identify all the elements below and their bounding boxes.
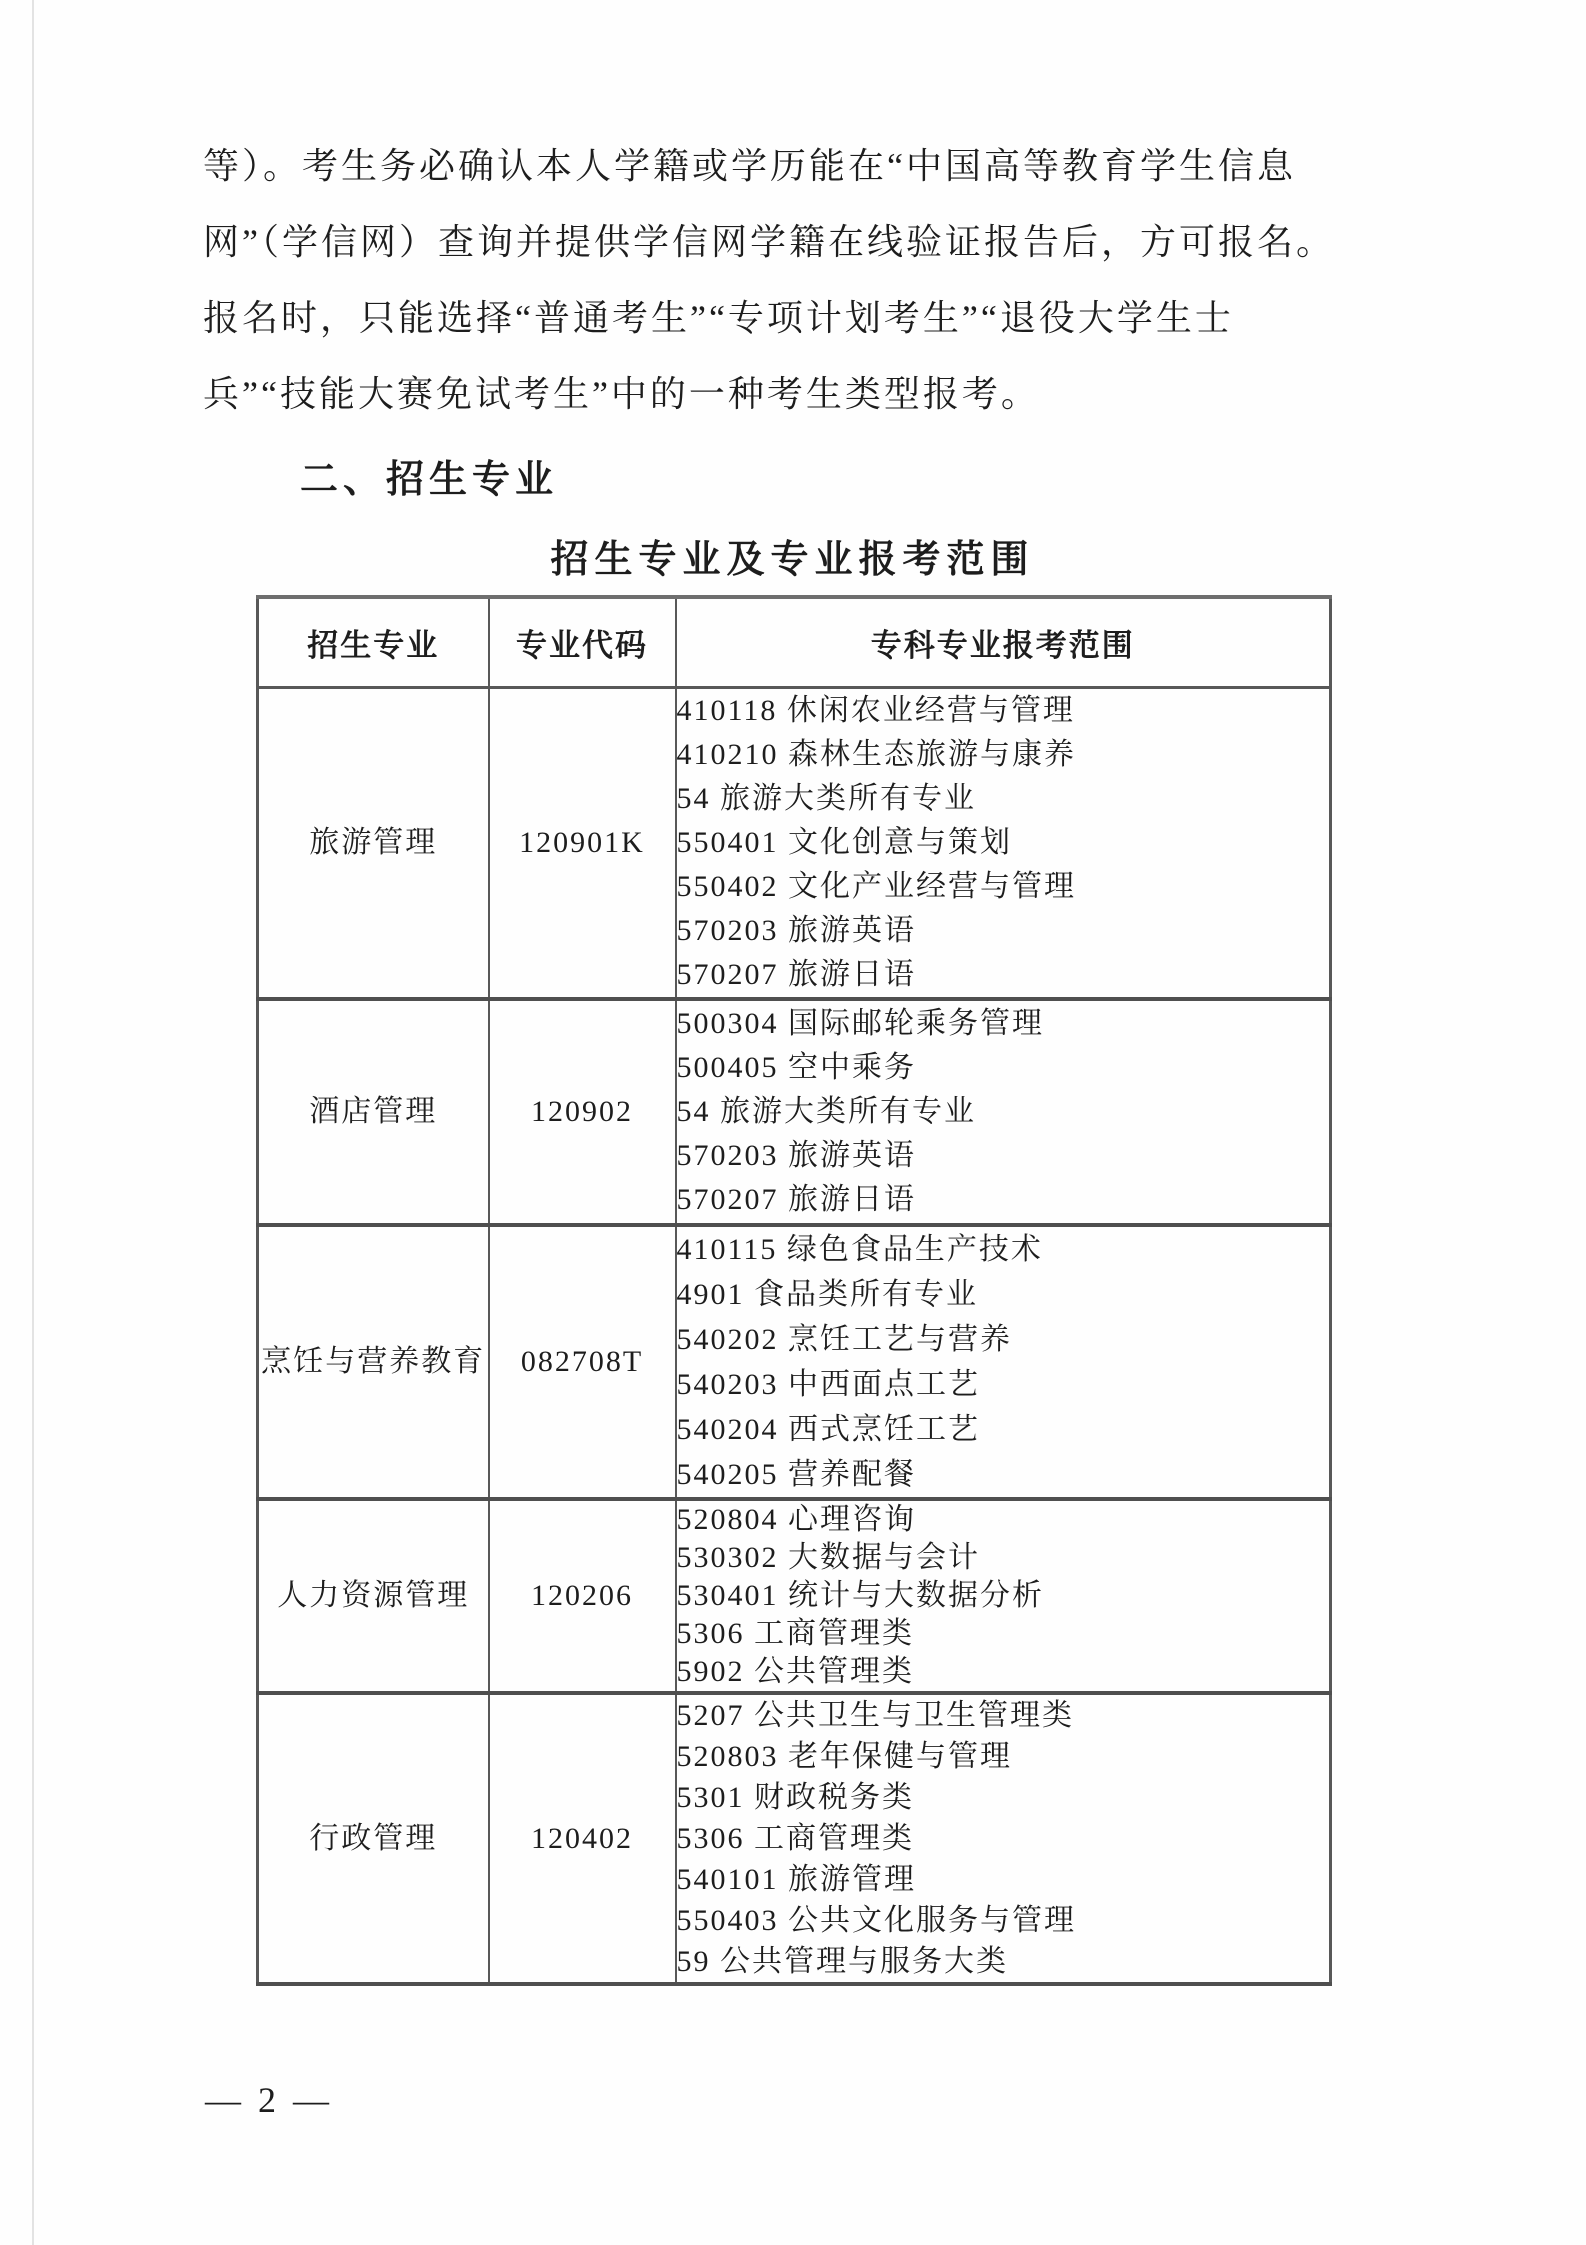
code-cell: 082708T [489, 1225, 676, 1499]
majors-table: 招生专业 专业代码 专科专业报考范围 旅游管理 120901K 410118 休… [256, 595, 1332, 1986]
scope-line: 540203 中西面点工艺 [677, 1362, 1330, 1407]
scope-cell: 410115 绿色食品生产技术4901 食品类所有专业540202 烹饪工艺与营… [676, 1225, 1331, 1499]
scope-line: 5207 公共卫生与卫生管理类 [677, 1695, 1330, 1736]
major-cell: 人力资源管理 [258, 1499, 489, 1693]
scope-line: 54 旅游大类所有专业 [677, 777, 1330, 821]
header-cell-scope: 专科专业报考范围 [676, 597, 1331, 688]
scope-line: 410210 森林生态旅游与康养 [677, 733, 1330, 777]
scope-line: 520803 老年保健与管理 [677, 1736, 1330, 1777]
table-row: 人力资源管理 120206 520804 心理咨询530302 大数据与会计53… [258, 1499, 1331, 1693]
scope-line: 550403 公共文化服务与管理 [677, 1900, 1330, 1941]
header-cell-code: 专业代码 [489, 597, 676, 688]
scope-line: 410115 绿色食品生产技术 [677, 1227, 1330, 1272]
scope-line: 550402 文化产业经营与管理 [677, 865, 1330, 909]
major-cell: 旅游管理 [258, 688, 489, 1000]
scope-line: 410118 休闲农业经营与管理 [677, 689, 1330, 733]
scope-line: 540205 营养配餐 [677, 1452, 1330, 1497]
table-row: 行政管理 120402 5207 公共卫生与卫生管理类520803 老年保健与管… [258, 1693, 1331, 1984]
scope-line: 4901 食品类所有专业 [677, 1272, 1330, 1317]
scope-line: 570203 旅游英语 [677, 909, 1330, 953]
scope-line: 570207 旅游日语 [677, 1178, 1330, 1222]
scope-line: 5306 工商管理类 [677, 1615, 1330, 1653]
scope-line: 530302 大数据与会计 [677, 1539, 1330, 1577]
scope-line: 570203 旅游英语 [677, 1134, 1330, 1178]
scope-line: 5301 财政税务类 [677, 1777, 1330, 1818]
paragraph-line: 网”（学信网）查询并提供学信网学籍在线验证报告后，方可报名。 [203, 204, 1418, 280]
scope-line: 59 公共管理与服务大类 [677, 1941, 1330, 1982]
section-heading: 二、招生专业 [300, 455, 558, 505]
code-cell: 120901K [489, 688, 676, 1000]
scope-line: 530401 统计与大数据分析 [677, 1577, 1330, 1615]
scope-line: 550401 文化创意与策划 [677, 821, 1330, 865]
table-header-row: 招生专业 专业代码 专科专业报考范围 [258, 597, 1331, 688]
page-number-footer: — 2 — [205, 2075, 333, 2125]
scope-cell: 410118 休闲农业经营与管理410210 森林生态旅游与康养54 旅游大类所… [676, 688, 1331, 1000]
header-cell-major: 招生专业 [258, 597, 489, 688]
paragraph-line: 等）。考生务必确认本人学籍或学历能在“中国高等教育学生信息 [203, 128, 1418, 204]
intro-paragraph: 等）。考生务必确认本人学籍或学历能在“中国高等教育学生信息 网”（学信网）查询并… [203, 128, 1418, 432]
table-row: 烹饪与营养教育 082708T 410115 绿色食品生产技术4901 食品类所… [258, 1225, 1331, 1499]
table-title: 招生专业及专业报考范围 [256, 535, 1329, 585]
scope-line: 520804 心理咨询 [677, 1501, 1330, 1539]
scope-line: 54 旅游大类所有专业 [677, 1090, 1330, 1134]
code-cell: 120206 [489, 1499, 676, 1693]
document-page: 等）。考生务必确认本人学籍或学历能在“中国高等教育学生信息 网”（学信网）查询并… [0, 0, 1586, 2245]
paragraph-line: 兵”“技能大赛免试考生”中的一种考生类型报考。 [203, 356, 1418, 432]
scope-cell: 5207 公共卫生与卫生管理类520803 老年保健与管理5301 财政税务类5… [676, 1693, 1331, 1984]
scope-line: 540202 烹饪工艺与营养 [677, 1317, 1330, 1362]
major-cell: 烹饪与营养教育 [258, 1225, 489, 1499]
scope-line: 540204 西式烹饪工艺 [677, 1407, 1330, 1452]
code-cell: 120902 [489, 999, 676, 1225]
major-cell: 行政管理 [258, 1693, 489, 1984]
scope-line: 5306 工商管理类 [677, 1818, 1330, 1859]
scope-line: 500304 国际邮轮乘务管理 [677, 1002, 1330, 1046]
scope-line: 540101 旅游管理 [677, 1859, 1330, 1900]
major-cell: 酒店管理 [258, 999, 489, 1225]
scope-line: 570207 旅游日语 [677, 953, 1330, 997]
majors-table-body: 旅游管理 120901K 410118 休闲农业经营与管理410210 森林生态… [258, 688, 1331, 1985]
paragraph-line: 报名时，只能选择“普通考生”“专项计划考生”“退役大学生士 [203, 280, 1418, 356]
scan-artifact-line [32, 0, 34, 2245]
scope-cell: 500304 国际邮轮乘务管理500405 空中乘务54 旅游大类所有专业570… [676, 999, 1331, 1225]
scope-line: 500405 空中乘务 [677, 1046, 1330, 1090]
code-cell: 120402 [489, 1693, 676, 1984]
scope-cell: 520804 心理咨询530302 大数据与会计530401 统计与大数据分析5… [676, 1499, 1331, 1693]
scope-line: 5902 公共管理类 [677, 1653, 1330, 1691]
table-row: 酒店管理 120902 500304 国际邮轮乘务管理500405 空中乘务54… [258, 999, 1331, 1225]
table-row: 旅游管理 120901K 410118 休闲农业经营与管理410210 森林生态… [258, 688, 1331, 1000]
